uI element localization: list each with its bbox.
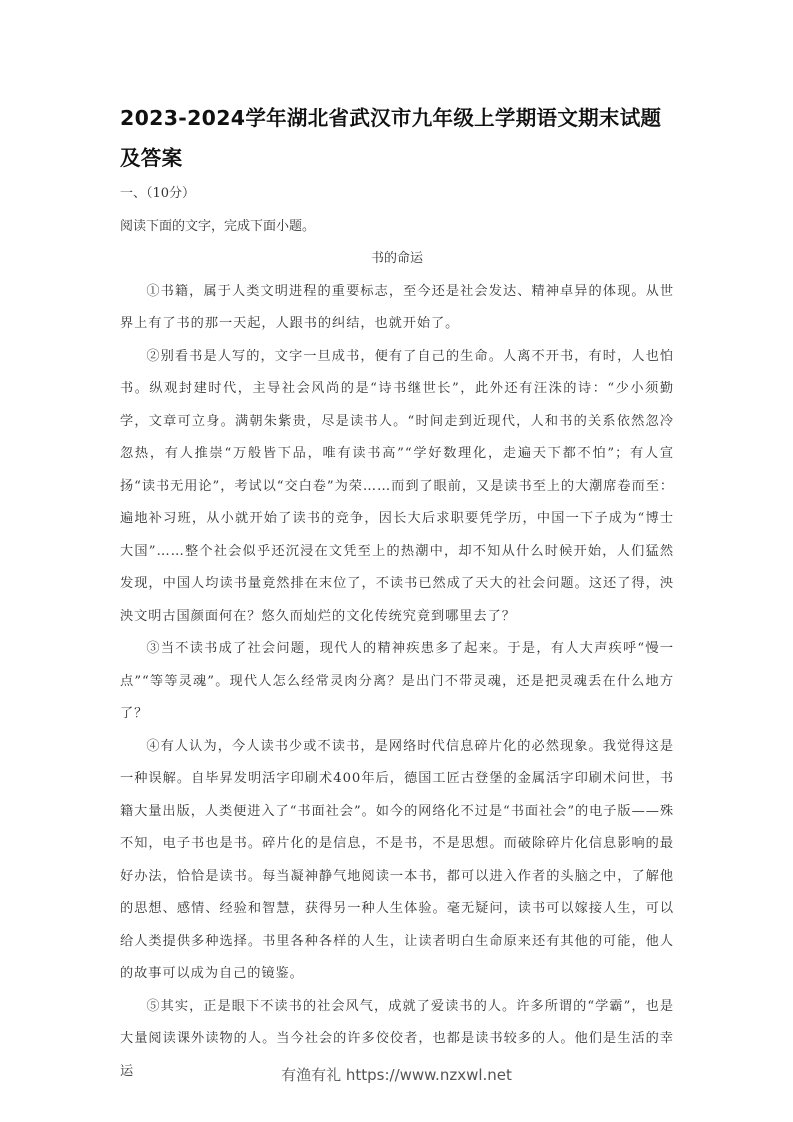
section-heading: 一、（10分） — [120, 178, 674, 211]
paragraph-3: ③当不读书成了社会问题，现代人的精神疾患多了起来。于是，有人大声疾呼“慢一点”“… — [120, 633, 674, 731]
document-title: 2023-2024学年湖北省武汉市九年级上学期语文期末试题及答案 — [120, 98, 674, 178]
footer-watermark: 有渔有礼 https://www.nzxwl.net — [0, 1064, 793, 1085]
paragraph-1: ①书籍，属于人类文明进程的重要标志，至今还是社会发达、精神卓异的体现。从世界上有… — [120, 276, 674, 341]
document-page: 2023-2024学年湖北省武汉市九年级上学期语文期末试题及答案 一、（10分）… — [120, 98, 674, 1088]
essay-title: 书的命运 — [120, 243, 674, 276]
paragraph-4: ④有人认为，今人读书少或不读书，是网络时代信息碎片化的必然现象。我觉得这是一种误… — [120, 731, 674, 991]
reading-instruction: 阅读下面的文字，完成下面小题。 — [120, 211, 674, 244]
paragraph-2: ②别看书是人写的，文字一旦成书，便有了自己的生命。人离不开书，有时，人也怕书。纵… — [120, 341, 674, 634]
